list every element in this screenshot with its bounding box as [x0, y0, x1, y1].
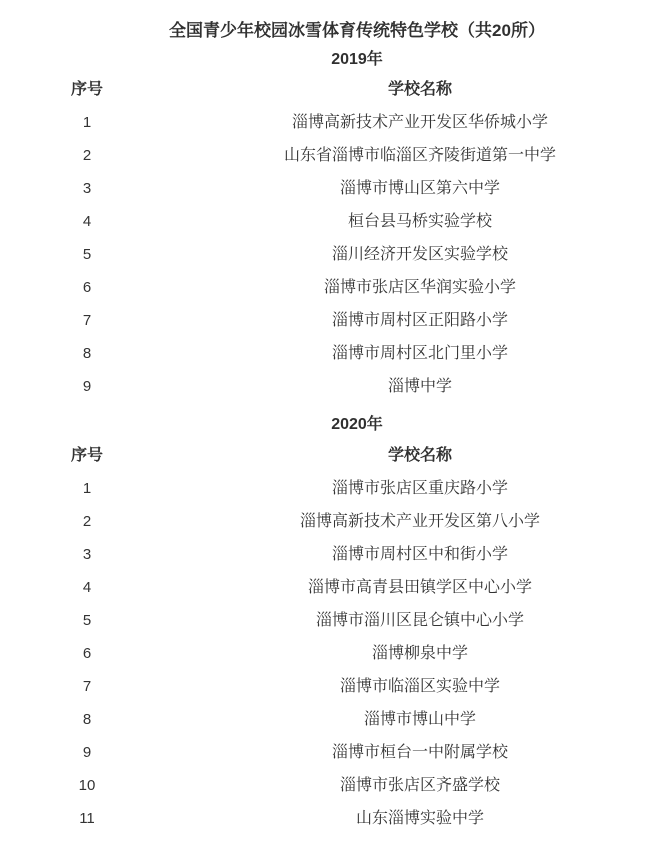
table-row: 6 淄博市张店区华润实验小学 — [0, 271, 654, 304]
column-header-name: 学校名称 — [114, 73, 654, 106]
row-index: 4 — [60, 205, 114, 238]
school-name: 淄博柳泉中学 — [114, 637, 654, 670]
row-index: 6 — [60, 637, 114, 670]
table-row: 3 淄博市博山区第六中学 — [0, 172, 654, 205]
column-header-index: 序号 — [60, 439, 114, 472]
school-name: 淄博高新技术产业开发区华侨城小学 — [114, 106, 654, 139]
table-row: 3 淄博市周村区中和街小学 — [0, 538, 654, 571]
row-index: 7 — [60, 304, 114, 337]
school-name: 桓台县马桥实验学校 — [114, 205, 654, 238]
table-row: 8 淄博市博山中学 — [0, 703, 654, 736]
table-row: 2 山东省淄博市临淄区齐陵街道第一中学 — [0, 139, 654, 172]
table-header-row: 序号 学校名称 — [0, 73, 654, 106]
table-row: 6 淄博柳泉中学 — [0, 637, 654, 670]
section-year-2019: 2019年 — [60, 46, 654, 73]
row-index: 5 — [60, 604, 114, 637]
table-header-row: 序号 学校名称 — [0, 439, 654, 472]
school-name: 淄博市周村区北门里小学 — [114, 337, 654, 370]
row-index: 2 — [60, 505, 114, 538]
table-row: 7 淄博市临淄区实验中学 — [0, 670, 654, 703]
table-row: 10 淄博市张店区齐盛学校 — [0, 769, 654, 802]
row-index: 1 — [60, 472, 114, 505]
school-name: 淄博市张店区华润实验小学 — [114, 271, 654, 304]
table-row: 5 淄博市淄川区昆仑镇中心小学 — [0, 604, 654, 637]
school-name: 淄博市高青县田镇学区中心小学 — [114, 571, 654, 604]
school-name: 淄博市张店区重庆路小学 — [114, 472, 654, 505]
school-name: 山东省淄博市临淄区齐陵街道第一中学 — [114, 139, 654, 172]
school-name: 淄博市张店区齐盛学校 — [114, 769, 654, 802]
row-index: 6 — [60, 271, 114, 304]
row-index: 3 — [60, 538, 114, 571]
table-row: 1 淄博高新技术产业开发区华侨城小学 — [0, 106, 654, 139]
school-name: 山东淄博实验中学 — [114, 802, 654, 835]
table-row: 8 淄博市周村区北门里小学 — [0, 337, 654, 370]
row-index: 8 — [60, 703, 114, 736]
row-index: 8 — [60, 337, 114, 370]
row-index: 9 — [60, 370, 114, 403]
table-row: 1 淄博市张店区重庆路小学 — [0, 472, 654, 505]
table-row: 5 淄川经济开发区实验学校 — [0, 238, 654, 271]
table-row: 9 淄博市桓台一中附属学校 — [0, 736, 654, 769]
school-name: 淄博市周村区正阳路小学 — [114, 304, 654, 337]
row-index: 1 — [60, 106, 114, 139]
row-index: 3 — [60, 172, 114, 205]
row-index: 7 — [60, 670, 114, 703]
document: 全国青少年校园冰雪体育传统特色学校（共20所） 2019年 序号 学校名称 1 … — [0, 0, 654, 835]
page-title: 全国青少年校园冰雪体育传统特色学校（共20所） — [60, 16, 654, 46]
table-row: 4 桓台县马桥实验学校 — [0, 205, 654, 238]
row-index: 9 — [60, 736, 114, 769]
section-year-2020: 2020年 — [60, 411, 654, 439]
row-index: 10 — [60, 769, 114, 802]
row-index: 4 — [60, 571, 114, 604]
column-header-index: 序号 — [60, 73, 114, 106]
school-name: 淄博市周村区中和街小学 — [114, 538, 654, 571]
row-index: 11 — [60, 802, 114, 835]
table-row: 7 淄博市周村区正阳路小学 — [0, 304, 654, 337]
school-name: 淄川经济开发区实验学校 — [114, 238, 654, 271]
table-row: 4 淄博市高青县田镇学区中心小学 — [0, 571, 654, 604]
school-name: 淄博市博山中学 — [114, 703, 654, 736]
school-name: 淄博市博山区第六中学 — [114, 172, 654, 205]
row-index: 2 — [60, 139, 114, 172]
school-name: 淄博中学 — [114, 370, 654, 403]
school-name: 淄博市桓台一中附属学校 — [114, 736, 654, 769]
table-row: 11 山东淄博实验中学 — [0, 802, 654, 835]
column-header-name: 学校名称 — [114, 439, 654, 472]
row-index: 5 — [60, 238, 114, 271]
school-name: 淄博市临淄区实验中学 — [114, 670, 654, 703]
school-name: 淄博市淄川区昆仑镇中心小学 — [114, 604, 654, 637]
table-row: 9 淄博中学 — [0, 370, 654, 403]
school-name: 淄博高新技术产业开发区第八小学 — [114, 505, 654, 538]
table-row: 2 淄博高新技术产业开发区第八小学 — [0, 505, 654, 538]
